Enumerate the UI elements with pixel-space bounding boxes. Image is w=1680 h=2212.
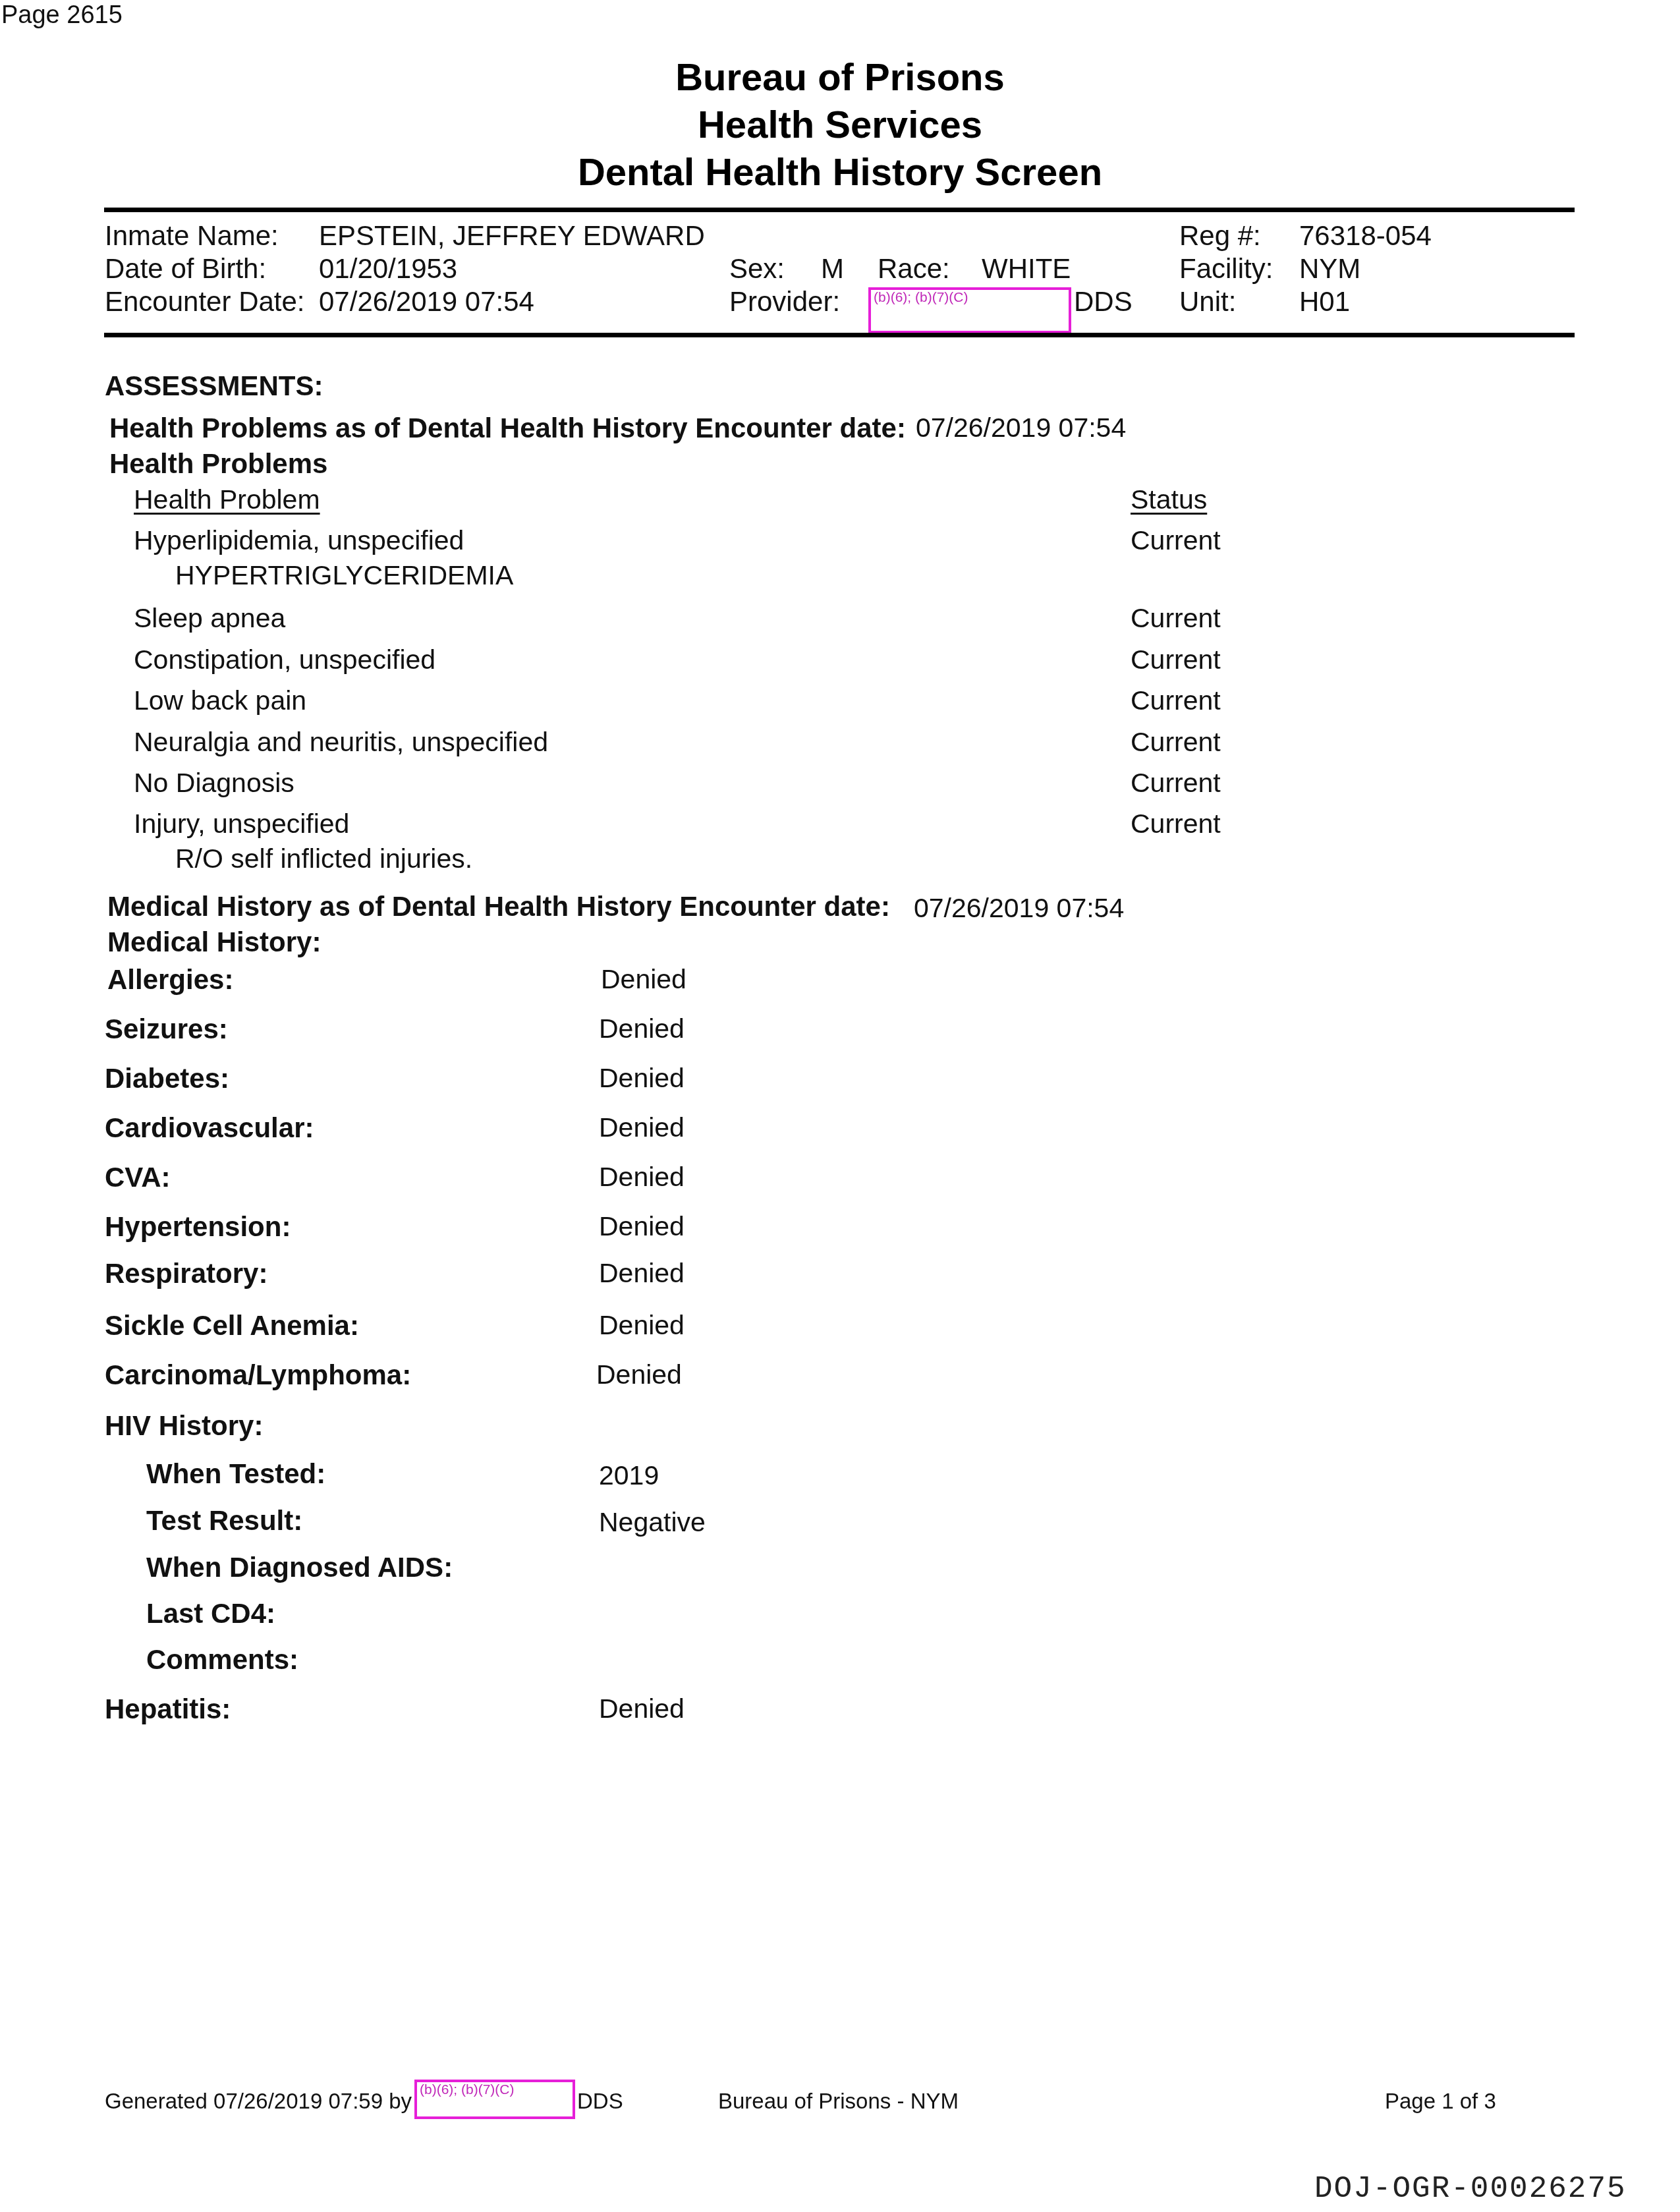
provider-suffix: DDS (1074, 286, 1133, 318)
footer-generated-suffix: DDS (577, 2089, 623, 2114)
hiv-history-label: Last CD4: (146, 1598, 275, 1630)
health-problems-asof-date: 07/26/2019 07:54 (916, 412, 1126, 443)
health-problem-status: Current (1131, 685, 1221, 716)
footer-redaction-box: (b)(6); (b)(7)(C) (414, 2080, 575, 2119)
medical-history-label: Diabetes: (105, 1063, 229, 1094)
sex-label: Sex: (729, 253, 785, 285)
medical-history-value: Denied (599, 1112, 685, 1143)
health-problem-name: Injury, unspecified (134, 808, 349, 839)
hiv-history-value: 2019 (599, 1460, 659, 1491)
medical-history-value: Denied (599, 1063, 685, 1094)
hepatitis-label: Hepatitis: (105, 1693, 231, 1725)
header-top-rule (104, 208, 1575, 212)
medical-history-label: Seizures: (105, 1013, 228, 1045)
inmate-name-value: EPSTEIN, JEFFREY EDWARD (319, 220, 705, 252)
medical-history-label: Carcinoma/Lymphoma: (105, 1359, 411, 1391)
medical-history-value: Denied (599, 1211, 685, 1242)
header-bottom-rule (104, 333, 1575, 337)
medical-history-value: Denied (599, 1013, 685, 1044)
hiv-history-label: Test Result: (146, 1505, 302, 1537)
health-problem-name: Low back pain (134, 685, 306, 716)
medical-history-value: Denied (599, 1162, 685, 1193)
hiv-history-value: Negative (599, 1507, 706, 1538)
race-value: WHITE (982, 253, 1071, 285)
health-problem-name: Constipation, unspecified (134, 644, 435, 675)
medical-history-label: Cardiovascular: (105, 1112, 314, 1144)
medical-history-value: Denied (601, 964, 686, 995)
health-problem-status: Current (1131, 768, 1221, 799)
dob-value: 01/20/1953 (319, 253, 457, 285)
medical-history-label: Hypertension: (105, 1211, 291, 1243)
reg-number-value: 76318-054 (1299, 220, 1432, 252)
assessments-heading: ASSESSMENTS: (105, 370, 323, 402)
medical-history-value: Denied (599, 1310, 685, 1341)
footer-generated: Generated 07/26/2019 07:59 by (105, 2089, 412, 2114)
health-problem-status: Current (1131, 808, 1221, 839)
hiv-history-label: Comments: (146, 1644, 298, 1676)
medical-history-asof-date: 07/26/2019 07:54 (914, 893, 1124, 924)
reg-number-label: Reg #: (1179, 220, 1261, 252)
medical-history-label: CVA: (105, 1162, 171, 1193)
facility-value: NYM (1299, 253, 1360, 285)
column-header-status: Status (1131, 484, 1207, 515)
health-problems-asof-label: Health Problems as of Dental Health Hist… (109, 412, 906, 444)
document-title: Bureau of Prisons Health Services Dental… (0, 54, 1680, 196)
health-problem-name: Neuralgia and neuritis, unspecified (134, 727, 548, 758)
medical-history-asof-label: Medical History as of Dental Health Hist… (107, 891, 890, 922)
health-problem-note: R/O self inflicted injuries. (175, 843, 472, 874)
footer-org: Bureau of Prisons - NYM (718, 2089, 959, 2114)
health-problem-status: Current (1131, 525, 1221, 556)
medical-history-heading: Medical History: (107, 926, 321, 958)
medical-history-label: Respiratory: (105, 1258, 267, 1290)
medical-history-value: Denied (596, 1359, 682, 1390)
inmate-name-label: Inmate Name: (105, 220, 279, 252)
race-label: Race: (878, 253, 950, 285)
title-line-form: Dental Health History Screen (0, 149, 1680, 196)
provider-redaction-box: (b)(6); (b)(7)(C) (868, 287, 1071, 333)
title-line-agency: Bureau of Prisons (0, 54, 1680, 101)
encounter-date-value: 07/26/2019 07:54 (319, 286, 534, 318)
hepatitis-value: Denied (599, 1693, 685, 1724)
health-problem-note: HYPERTRIGLYCERIDEMIA (175, 560, 513, 591)
health-problem-name: No Diagnosis (134, 768, 294, 799)
unit-label: Unit: (1179, 286, 1236, 318)
bates-number: DOJ-OGR-00026275 (1314, 2172, 1627, 2206)
medical-history-label: Sickle Cell Anemia: (105, 1310, 359, 1342)
health-problem-status: Current (1131, 727, 1221, 758)
health-problem-name: Hyperlipidemia, unspecified (134, 525, 464, 556)
page-stamp: Page 2615 (1, 1, 123, 30)
hiv-history-label: When Tested: (146, 1458, 325, 1490)
footer-redaction-code: (b)(6); (b)(7)(C) (420, 2082, 514, 2098)
medical-history-value: Denied (599, 1258, 685, 1289)
health-problem-name: Sleep apnea (134, 603, 285, 634)
column-header-health-problem: Health Problem (134, 484, 320, 515)
provider-redaction-code: (b)(6); (b)(7)(C) (874, 290, 968, 306)
hiv-history-label: When Diagnosed AIDS: (146, 1552, 453, 1583)
health-problems-heading: Health Problems (109, 448, 327, 480)
medical-history-label: Allergies: (107, 964, 233, 996)
footer-page-number: Page 1 of 3 (1385, 2089, 1496, 2114)
title-line-department: Health Services (0, 101, 1680, 149)
unit-value: H01 (1299, 286, 1350, 318)
hiv-history-heading: HIV History: (105, 1410, 263, 1442)
facility-label: Facility: (1179, 253, 1273, 285)
sex-value: M (821, 253, 844, 285)
provider-label: Provider: (729, 286, 840, 318)
dob-label: Date of Birth: (105, 253, 266, 285)
health-problem-status: Current (1131, 644, 1221, 675)
encounter-date-label: Encounter Date: (105, 286, 305, 318)
health-problem-status: Current (1131, 603, 1221, 634)
